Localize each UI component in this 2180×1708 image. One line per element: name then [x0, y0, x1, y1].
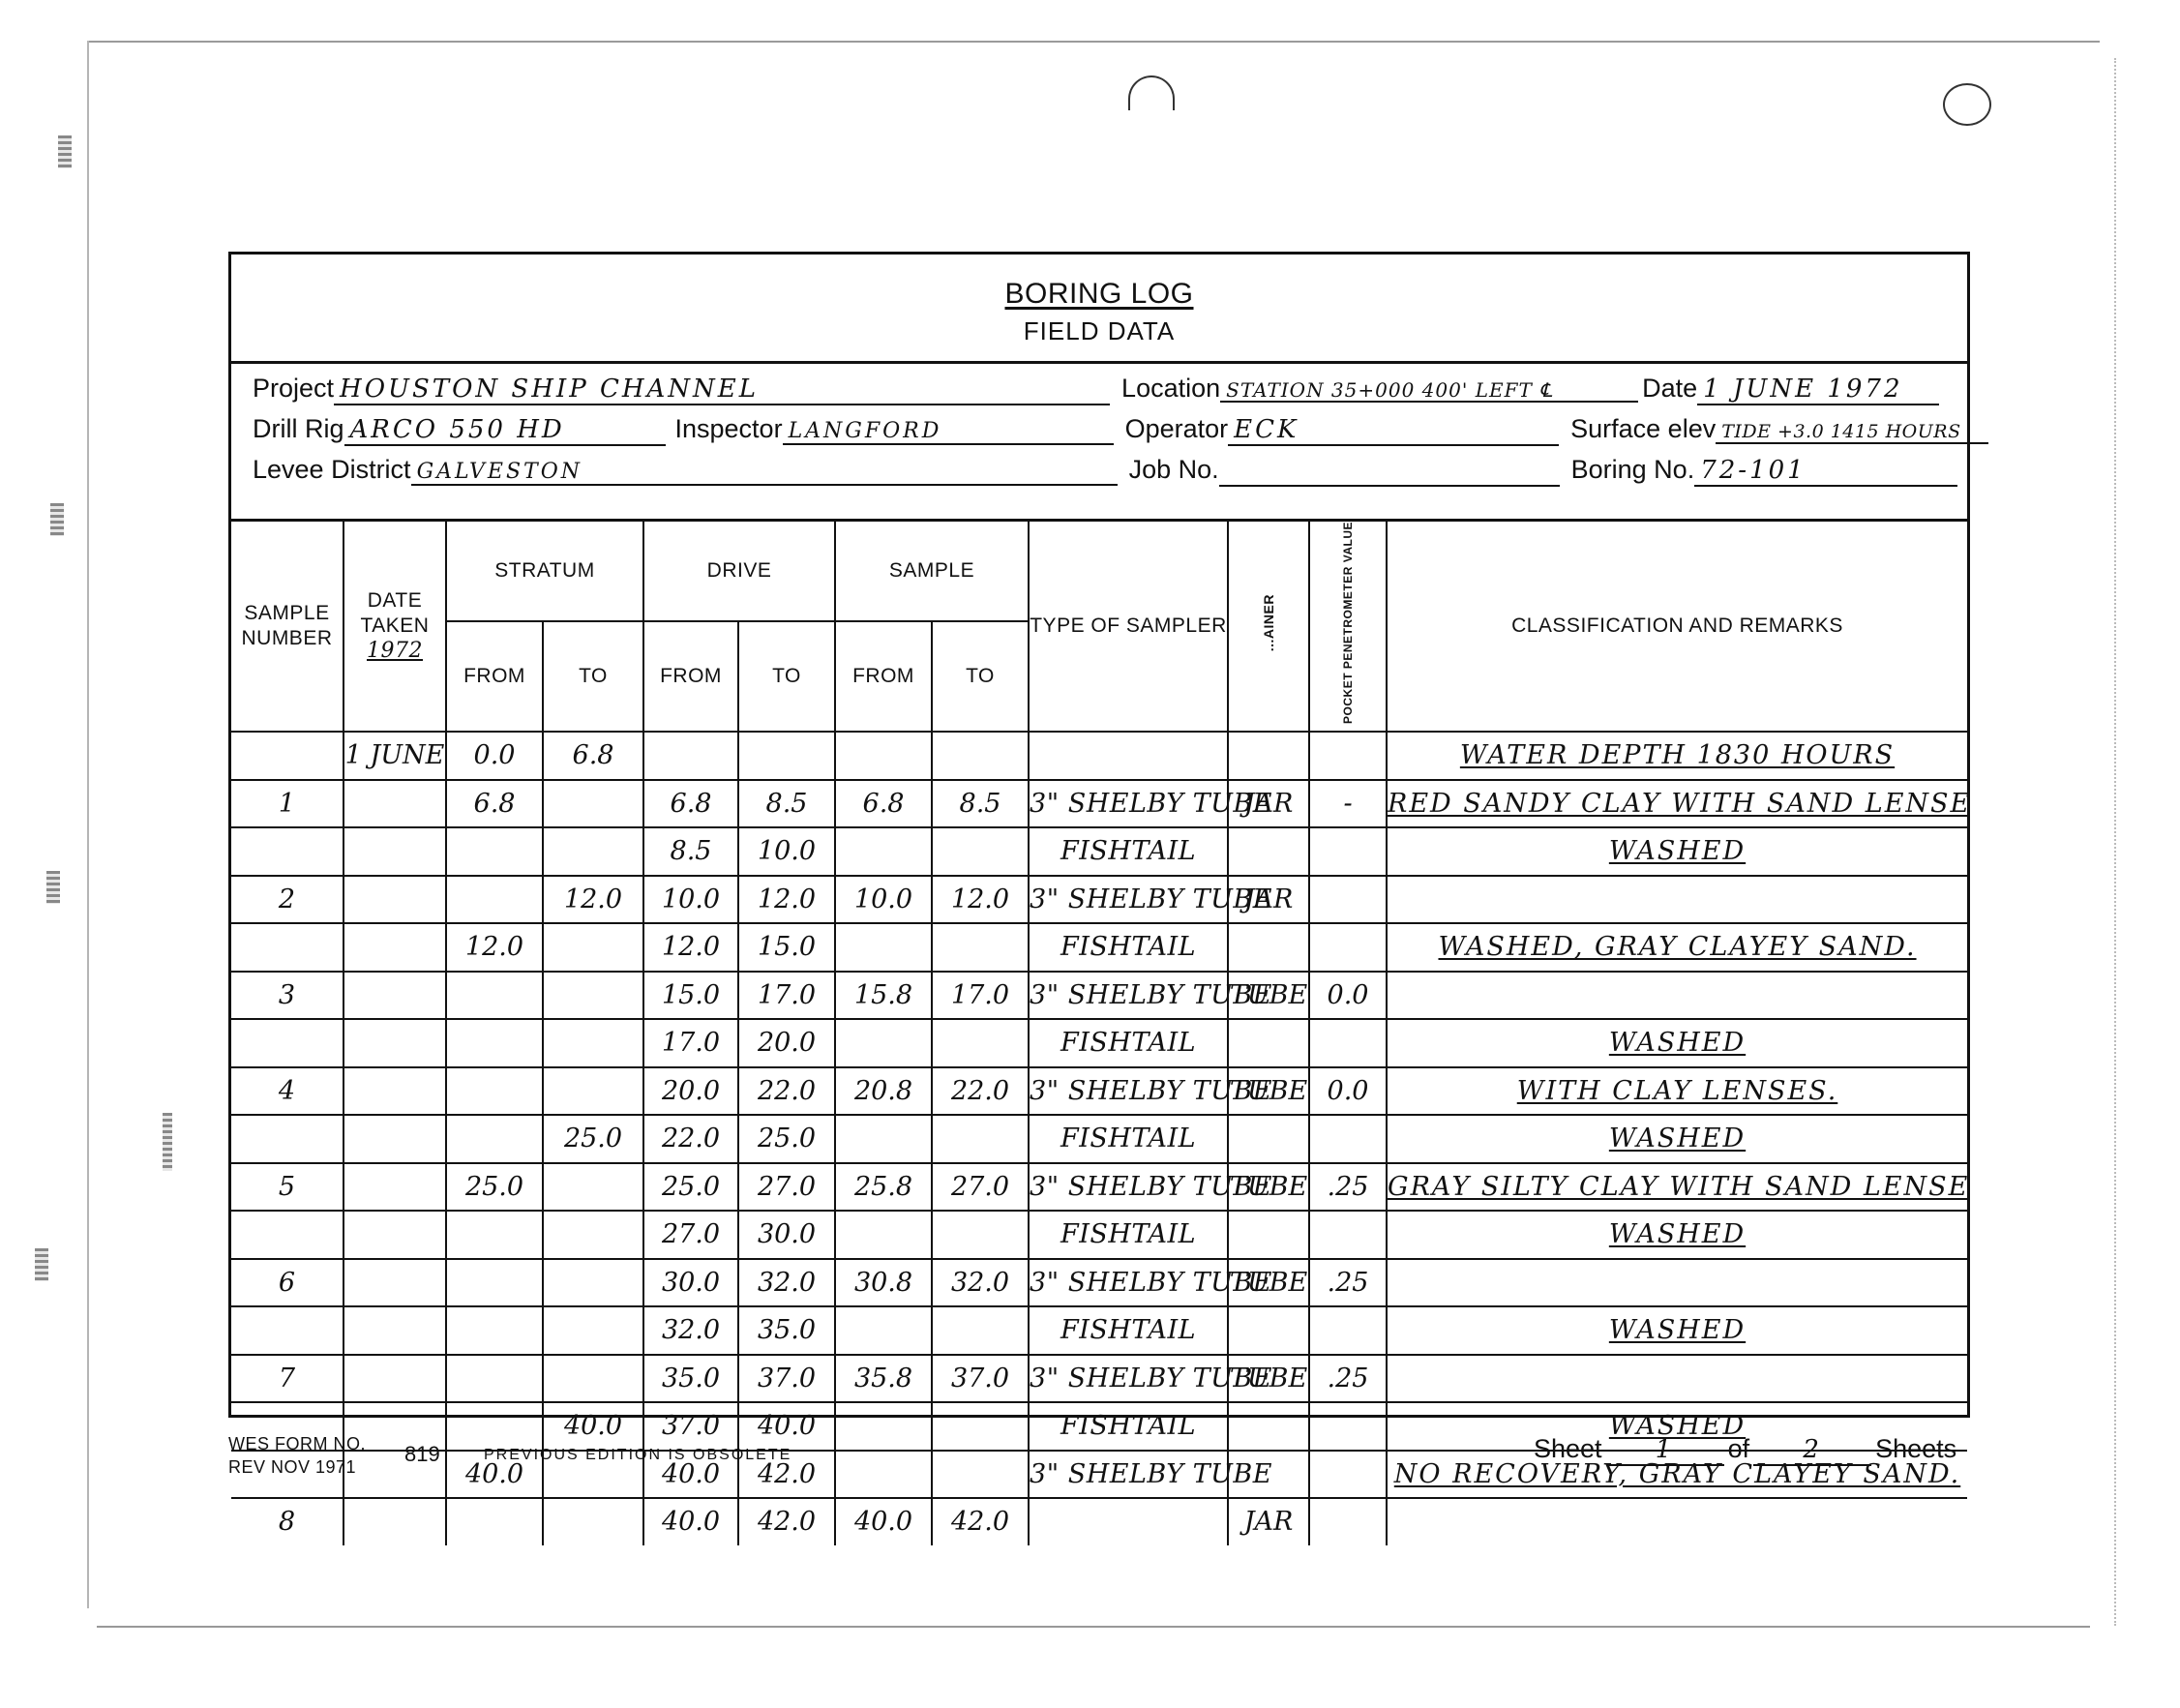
container-cell [1228, 1402, 1309, 1451]
date-label: Date [1642, 374, 1697, 404]
punch-hole-icon [1128, 75, 1175, 110]
sample-to-cell: 42.0 [932, 1498, 1029, 1545]
levee-district-label: Levee District [253, 455, 411, 485]
sample-number-cell: 8 [231, 1498, 343, 1545]
sample-number-cell: 5 [231, 1163, 343, 1212]
form-label: WES FORM NO. [228, 1432, 366, 1455]
remarks-cell [1387, 1498, 1967, 1545]
sample-number-cell [231, 1211, 343, 1259]
container-cell: TUBE [1228, 972, 1309, 1020]
col-date-taken: DATE TAKEN 1972 [343, 522, 446, 732]
date-cell [343, 1211, 446, 1259]
sample-number-cell [231, 1115, 343, 1163]
drive-from-cell [643, 732, 738, 780]
drive-to-cell: 15.0 [738, 923, 835, 972]
sampler-type-cell: 3" SHELBY TUBE [1029, 780, 1228, 828]
boring-no-field: Boring No. 72-101 [1571, 455, 1958, 487]
table-row: 8.510.0FISHTAILWASHED [231, 827, 1967, 876]
project-value: HOUSTON SHIP CHANNEL [334, 375, 1110, 405]
stratum-from-cell: 6.8 [446, 780, 543, 828]
table-row: 25.022.025.0FISHTAILWASHED [231, 1115, 1967, 1163]
date-cell: 1 JUNE [343, 732, 446, 780]
sample-to-cell: 17.0 [932, 972, 1029, 1020]
date-field: Date 1 JUNE 1972 [1642, 374, 1939, 405]
sample-number-cell [231, 1019, 343, 1067]
table-row: 630.032.030.832.03" SHELBY TUBETUBE.25 [231, 1259, 1967, 1307]
sampler-type-cell: 3" SHELBY TUBE [1029, 1067, 1228, 1116]
remarks-cell: GRAY SILTY CLAY WITH SAND LENSES, SOFT [1387, 1163, 1967, 1212]
stratum-to-cell: 12.0 [543, 876, 643, 924]
drive-from-cell: 22.0 [643, 1115, 738, 1163]
sample-to-cell: 8.5 [932, 780, 1029, 828]
remarks-cell [1387, 972, 1967, 1020]
container-cell [1228, 1115, 1309, 1163]
job-no-label: Job No. [1129, 455, 1219, 485]
sample-number-cell: 2 [231, 876, 343, 924]
date-taken-label: DATE TAKEN [361, 589, 430, 637]
sample-to-cell [932, 1451, 1029, 1499]
operator-field: Operator ECK [1125, 414, 1560, 446]
stratum-to-cell: 6.8 [543, 732, 643, 780]
sample-number-cell [231, 923, 343, 972]
sample-to-cell [932, 923, 1029, 972]
stratum-to-cell [543, 1163, 643, 1212]
stratum-to-cell [543, 780, 643, 828]
drive-from-cell: 32.0 [643, 1306, 738, 1355]
drive-to-cell: 30.0 [738, 1211, 835, 1259]
obsolete-note: PREVIOUS EDITION IS OBSOLETE [484, 1447, 791, 1464]
date-cell [343, 827, 446, 876]
penetrometer-cell [1309, 732, 1387, 780]
col-stratum: STRATUM [446, 522, 643, 621]
project-info: Project HOUSTON SHIP CHANNEL Location ST… [231, 364, 1967, 522]
col-pocket-penetrometer: POCKET PENETROMETER VALUE [1309, 522, 1387, 732]
sample-from-cell [835, 1451, 932, 1499]
page-edge [2114, 58, 2116, 1626]
sampler-type-cell: 3" SHELBY TUBE [1029, 1163, 1228, 1212]
boring-log-table: SAMPLE NUMBER DATE TAKEN 1972 STRATUM DR… [231, 522, 1967, 1545]
sampler-type-cell: 3" SHELBY TUBE [1029, 876, 1228, 924]
sample-to-cell: 37.0 [932, 1355, 1029, 1403]
stratum-to-cell [543, 1211, 643, 1259]
drive-to-cell: 25.0 [738, 1115, 835, 1163]
table-row: 420.022.020.822.03" SHELBY TUBETUBE0.0WI… [231, 1067, 1967, 1116]
sample-number-cell: 7 [231, 1355, 343, 1403]
drill-rig-label: Drill Rig [253, 414, 344, 444]
drive-from-cell: 15.0 [643, 972, 738, 1020]
punch-hole-icon [1943, 83, 1991, 126]
drive-to-cell: 17.0 [738, 972, 835, 1020]
levee-district-field: Levee District GALVESTON [253, 455, 1118, 486]
operator-value: ECK [1228, 416, 1559, 446]
operator-label: Operator [1125, 414, 1229, 444]
col-sample-from: FROM [835, 621, 932, 732]
form-id: WES FORM NO. REV NOV 1971 [228, 1432, 366, 1480]
sample-from-cell [835, 1115, 932, 1163]
drive-from-cell: 6.8 [643, 780, 738, 828]
penetrometer-cell [1309, 876, 1387, 924]
project-field: Project HOUSTON SHIP CHANNEL [253, 374, 1110, 405]
drive-to-cell: 20.0 [738, 1019, 835, 1067]
drive-from-cell: 37.0 [643, 1402, 738, 1451]
container-cell [1228, 1019, 1309, 1067]
penetrometer-cell [1309, 827, 1387, 876]
drive-to-cell: 35.0 [738, 1306, 835, 1355]
sampler-type-cell: 3" SHELBY TUBE [1029, 972, 1228, 1020]
drive-to-cell: 10.0 [738, 827, 835, 876]
boring-log-form: BORING LOG FIELD DATA Project HOUSTON SH… [228, 252, 1970, 1418]
stratum-to-cell [543, 1067, 643, 1116]
date-cell [343, 1019, 446, 1067]
table-row: 16.86.88.56.88.53" SHELBY TUBEJAR-RED SA… [231, 780, 1967, 828]
sample-from-cell [835, 827, 932, 876]
sample-number-cell: 1 [231, 780, 343, 828]
stratum-to-cell [543, 923, 643, 972]
stratum-from-cell [446, 1355, 543, 1403]
drive-to-cell: 22.0 [738, 1067, 835, 1116]
date-value: 1 JUNE 1972 [1697, 375, 1939, 405]
job-no-field: Job No. [1129, 455, 1560, 487]
remarks-cell: WITH CLAY LENSES. [1387, 1067, 1967, 1116]
sample-from-cell: 6.8 [835, 780, 932, 828]
sample-number-cell [231, 732, 343, 780]
sample-from-cell: 25.8 [835, 1163, 932, 1212]
stratum-to-cell: 25.0 [543, 1115, 643, 1163]
inspector-field: Inspector LANGFORD [675, 414, 1114, 445]
date-cell [343, 1355, 446, 1403]
stratum-from-cell [446, 1259, 543, 1307]
stratum-from-cell: 12.0 [446, 923, 543, 972]
container-cell: TUBE [1228, 1067, 1309, 1116]
drive-from-cell: 12.0 [643, 923, 738, 972]
container-label: ...AINER [1262, 594, 1276, 651]
form-title: BORING LOG [1004, 278, 1193, 311]
location-value: STATION 35+000 400' LEFT ℄ [1220, 379, 1638, 403]
sample-number-cell: 6 [231, 1259, 343, 1307]
penetrometer-cell: .25 [1309, 1259, 1387, 1307]
col-stratum-to: TO [543, 621, 643, 732]
stratum-from-cell [446, 1498, 543, 1545]
form-revision: REV NOV 1971 [228, 1455, 366, 1479]
penetrometer-label: POCKET PENETROMETER VALUE [1342, 522, 1355, 724]
sample-from-cell: 30.8 [835, 1259, 932, 1307]
scan-artifact [58, 135, 72, 168]
table-row: 1 JUNE0.06.8WATER DEPTH 1830 HOURS [231, 732, 1967, 780]
sheets-label: Sheets [1875, 1434, 1956, 1464]
date-cell [343, 1115, 446, 1163]
table-row: 32.035.0FISHTAILWASHED [231, 1306, 1967, 1355]
penetrometer-cell [1309, 1451, 1387, 1499]
sample-from-cell [835, 923, 932, 972]
date-cell [343, 780, 446, 828]
remarks-cell [1387, 1259, 1967, 1307]
location-field: Location STATION 35+000 400' LEFT ℄ [1121, 374, 1638, 404]
col-type-of-sampler: TYPE OF SAMPLER [1029, 522, 1228, 732]
project-label: Project [253, 374, 334, 404]
surface-elev-value: TIDE +3.0 1415 HOURS [1716, 422, 1988, 444]
form-subtitle: FIELD DATA [231, 316, 1967, 346]
boring-no-label: Boring No. [1571, 455, 1695, 485]
remarks-cell: WASHED [1387, 1211, 1967, 1259]
container-cell [1228, 732, 1309, 780]
sample-from-cell: 15.8 [835, 972, 932, 1020]
remarks-cell: WASHED [1387, 1115, 1967, 1163]
remarks-cell: WASHED [1387, 827, 1967, 876]
sample-to-cell: 32.0 [932, 1259, 1029, 1307]
penetrometer-cell: 0.0 [1309, 972, 1387, 1020]
boring-log-rows: 1 JUNE0.06.8WATER DEPTH 1830 HOURS16.86.… [231, 732, 1967, 1545]
table-row: 17.020.0FISHTAILWASHED [231, 1019, 1967, 1067]
table-row: 212.010.012.010.012.03" SHELBY TUBEJAR [231, 876, 1967, 924]
stratum-to-cell [543, 1259, 643, 1307]
sample-to-cell [932, 1115, 1029, 1163]
sample-from-cell: 35.8 [835, 1355, 932, 1403]
stratum-from-cell [446, 827, 543, 876]
container-cell [1228, 923, 1309, 972]
sample-to-cell [932, 1019, 1029, 1067]
drive-to-cell: 32.0 [738, 1259, 835, 1307]
container-cell [1228, 1211, 1309, 1259]
stratum-to-cell [543, 1019, 643, 1067]
form-number: 819 [404, 1442, 440, 1467]
sample-number-cell [231, 1306, 343, 1355]
form-header: BORING LOG FIELD DATA [231, 255, 1967, 364]
container-cell: TUBE [1228, 1163, 1309, 1212]
drive-to-cell: 37.0 [738, 1355, 835, 1403]
page-edge [97, 1626, 2090, 1628]
sample-from-cell [835, 1211, 932, 1259]
stratum-from-cell [446, 1402, 543, 1451]
penetrometer-cell [1309, 1211, 1387, 1259]
table-row: 735.037.035.837.03" SHELBY TUBETUBE.25 [231, 1355, 1967, 1403]
table-row: 27.030.0FISHTAILWASHED [231, 1211, 1967, 1259]
stratum-from-cell [446, 972, 543, 1020]
sampler-type-cell: FISHTAIL [1029, 1306, 1228, 1355]
sheet-counter: Sheet 1 of 2 Sheets [1534, 1434, 1956, 1466]
stratum-to-cell [543, 1498, 643, 1545]
drive-to-cell: 42.0 [738, 1498, 835, 1545]
drive-to-cell: 8.5 [738, 780, 835, 828]
stratum-from-cell [446, 1067, 543, 1116]
sampler-type-cell: FISHTAIL [1029, 827, 1228, 876]
drive-from-cell: 30.0 [643, 1259, 738, 1307]
penetrometer-cell [1309, 923, 1387, 972]
container-cell: JAR [1228, 1498, 1309, 1545]
penetrometer-cell [1309, 1019, 1387, 1067]
penetrometer-cell [1309, 1402, 1387, 1451]
drive-to-cell [738, 732, 835, 780]
scan-artifact [163, 1113, 172, 1171]
sampler-type-cell: FISHTAIL [1029, 923, 1228, 972]
col-sample-to: TO [932, 621, 1029, 732]
sample-to-cell: 12.0 [932, 876, 1029, 924]
date-cell [343, 1498, 446, 1545]
job-no-value [1219, 457, 1560, 487]
sample-to-cell [932, 1402, 1029, 1451]
sample-from-cell [835, 1306, 932, 1355]
col-drive: DRIVE [643, 522, 835, 621]
col-classification: CLASSIFICATION AND REMARKS [1387, 522, 1967, 732]
container-cell [1228, 1306, 1309, 1355]
table-row: 525.025.027.025.827.03" SHELBY TUBETUBE.… [231, 1163, 1967, 1212]
sample-to-cell [932, 1306, 1029, 1355]
drive-from-cell: 40.0 [643, 1498, 738, 1545]
penetrometer-cell [1309, 1498, 1387, 1545]
drive-from-cell: 20.0 [643, 1067, 738, 1116]
remarks-cell: WASHED [1387, 1019, 1967, 1067]
sampler-type-cell [1029, 732, 1228, 780]
sampler-type-cell: FISHTAIL [1029, 1019, 1228, 1067]
date-cell [343, 1067, 446, 1116]
date-cell [343, 876, 446, 924]
remarks-cell: WATER DEPTH 1830 HOURS [1387, 732, 1967, 780]
penetrometer-cell: 0.0 [1309, 1067, 1387, 1116]
sampler-type-cell: FISHTAIL [1029, 1211, 1228, 1259]
date-cell [343, 923, 446, 972]
drill-rig-value: ARCO 550 HD [344, 416, 666, 446]
date-cell [343, 972, 446, 1020]
sampler-type-cell [1029, 1498, 1228, 1545]
drive-from-cell: 10.0 [643, 876, 738, 924]
date-cell [343, 1163, 446, 1212]
surface-elev-label: Surface elev [1570, 414, 1716, 444]
stratum-to-cell [543, 1306, 643, 1355]
col-drive-from: FROM [643, 621, 738, 732]
drive-to-cell: 40.0 [738, 1402, 835, 1451]
stratum-from-cell [446, 1306, 543, 1355]
stratum-to-cell [543, 1355, 643, 1403]
of-label: of [1728, 1434, 1750, 1464]
penetrometer-cell: - [1309, 780, 1387, 828]
sample-to-cell: 27.0 [932, 1163, 1029, 1212]
date-cell [343, 1259, 446, 1307]
page-edge [87, 41, 89, 1608]
stratum-to-cell [543, 972, 643, 1020]
col-stratum-from: FROM [446, 621, 543, 732]
remarks-cell: WASHED [1387, 1306, 1967, 1355]
sample-to-cell [932, 1211, 1029, 1259]
drive-from-cell: 17.0 [643, 1019, 738, 1067]
drive-from-cell: 25.0 [643, 1163, 738, 1212]
stratum-to-cell: 40.0 [543, 1402, 643, 1451]
col-sample: SAMPLE [835, 522, 1029, 621]
drive-to-cell: 27.0 [738, 1163, 835, 1212]
sample-from-cell [835, 1019, 932, 1067]
total-sheets: 2 [1753, 1436, 1871, 1466]
drive-from-cell: 27.0 [643, 1211, 738, 1259]
boring-no-value: 72-101 [1694, 457, 1957, 487]
stratum-from-cell: 0.0 [446, 732, 543, 780]
sample-number-cell [231, 827, 343, 876]
penetrometer-cell: .25 [1309, 1163, 1387, 1212]
sample-from-cell: 20.8 [835, 1067, 932, 1116]
sample-from-cell [835, 1402, 932, 1451]
stratum-from-cell [446, 1115, 543, 1163]
inspector-value: LANGFORD [783, 420, 1114, 445]
sample-from-cell: 10.0 [835, 876, 932, 924]
remarks-cell [1387, 1355, 1967, 1403]
sheet-label: Sheet [1534, 1434, 1602, 1464]
sample-from-cell: 40.0 [835, 1498, 932, 1545]
drive-from-cell: 35.0 [643, 1355, 738, 1403]
col-sample-number: SAMPLE NUMBER [231, 522, 343, 732]
sample-to-cell [932, 827, 1029, 876]
scan-artifact [50, 503, 64, 536]
penetrometer-cell [1309, 1306, 1387, 1355]
table-row: 840.042.040.042.0JAR [231, 1498, 1967, 1545]
date-cell [343, 1306, 446, 1355]
levee-district-value: GALVESTON [411, 461, 1118, 486]
surface-elev-field: Surface elev TIDE +3.0 1415 HOURS [1570, 414, 1988, 444]
container-cell: TUBE [1228, 1259, 1309, 1307]
penetrometer-cell: .25 [1309, 1355, 1387, 1403]
remarks-cell: RED SANDY CLAY WITH SAND LENSES [1387, 780, 1967, 828]
stratum-from-cell [446, 1211, 543, 1259]
date-year: 1972 [344, 638, 445, 665]
scan-artifact [46, 871, 60, 904]
stratum-to-cell [543, 827, 643, 876]
sampler-type-cell: FISHTAIL [1029, 1402, 1228, 1451]
sample-number-cell: 3 [231, 972, 343, 1020]
sampler-type-cell: 3" SHELBY TUBE [1029, 1451, 1228, 1499]
scan-artifact [35, 1248, 48, 1281]
table-row: 315.017.015.817.03" SHELBY TUBETUBE0.0 [231, 972, 1967, 1020]
stratum-from-cell [446, 876, 543, 924]
inspector-label: Inspector [675, 414, 783, 444]
sample-from-cell [835, 732, 932, 780]
stratum-from-cell [446, 1019, 543, 1067]
sample-to-cell [932, 732, 1029, 780]
container-cell: TUBE [1228, 1355, 1309, 1403]
sampler-type-cell: 3" SHELBY TUBE [1029, 1355, 1228, 1403]
stratum-from-cell: 25.0 [446, 1163, 543, 1212]
sample-to-cell: 22.0 [932, 1067, 1029, 1116]
penetrometer-cell [1309, 1115, 1387, 1163]
drive-from-cell: 8.5 [643, 827, 738, 876]
drill-rig-field: Drill Rig ARCO 550 HD [253, 414, 666, 446]
table-row: 12.012.015.0FISHTAILWASHED, GRAY CLAYEY … [231, 923, 1967, 972]
sampler-type-cell: FISHTAIL [1029, 1115, 1228, 1163]
sampler-type-cell: 3" SHELBY TUBE [1029, 1259, 1228, 1307]
page-edge [87, 41, 2100, 43]
remarks-cell [1387, 876, 1967, 924]
drive-to-cell: 12.0 [738, 876, 835, 924]
sheet-number: 1 [1606, 1436, 1724, 1466]
location-label: Location [1121, 374, 1220, 404]
col-container: ...AINER [1228, 522, 1309, 732]
remarks-cell: WASHED, GRAY CLAYEY SAND. [1387, 923, 1967, 972]
container-cell [1228, 827, 1309, 876]
col-drive-to: TO [738, 621, 835, 732]
sample-number-cell: 4 [231, 1067, 343, 1116]
